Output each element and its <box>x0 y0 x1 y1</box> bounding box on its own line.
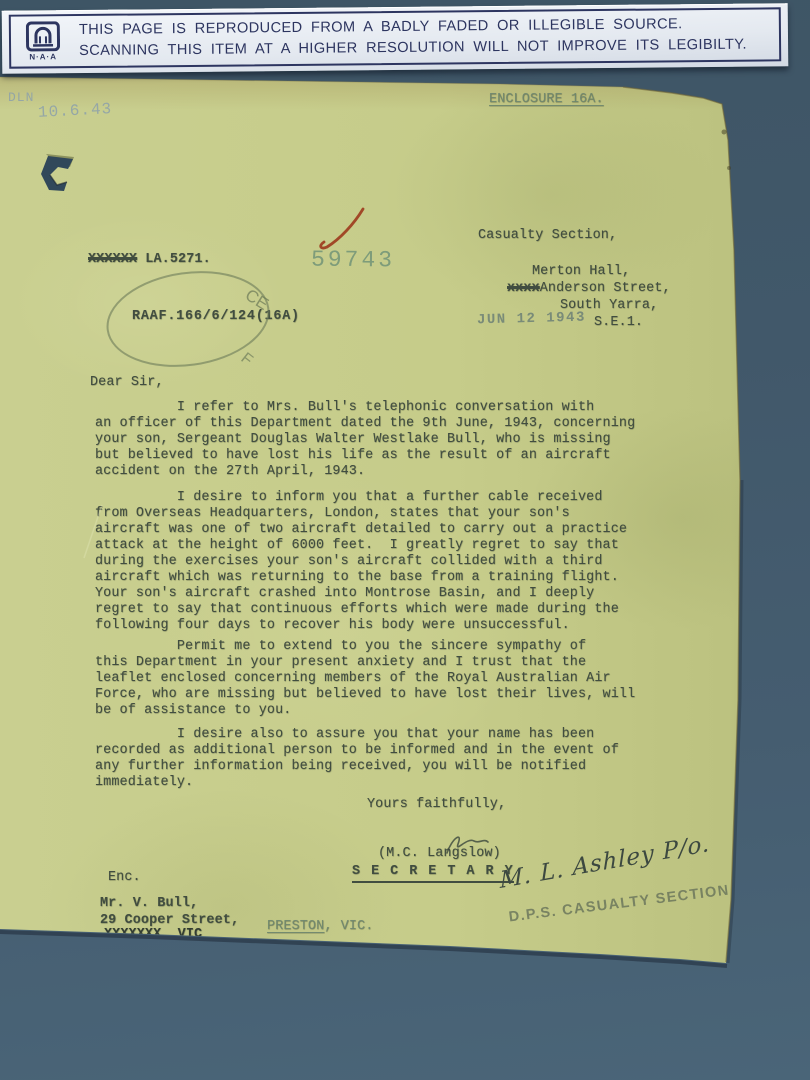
naa-logo: N·A·A <box>21 21 65 61</box>
paragraph-1: I refer to Mrs. Bull's telephonic conver… <box>95 400 655 480</box>
dept-name: Casualty Section, <box>478 228 617 244</box>
archives-building-icon <box>26 21 60 51</box>
struck-prefix: XXXXXX <box>88 252 137 267</box>
recipient-suburb-state: , VIC. <box>324 919 373 934</box>
naa-logo-text: N·A·A <box>29 52 57 61</box>
addr-line-2: xxxxAnderson Street, <box>507 281 671 297</box>
letter-paper: DLN 10.6.43 ENCLOSURE 16A. XXXXXX LA.527… <box>0 0 810 1080</box>
salutation: Dear Sir, <box>90 375 164 391</box>
paragraph-3: Permit me to extend to you the sincere s… <box>95 639 655 719</box>
raaf-file-reference: RAAF.166/6/124(16A) <box>132 309 300 325</box>
valediction: Yours faithfully, <box>367 797 506 813</box>
paragraph-4: I desire also to assure you that your na… <box>95 727 655 791</box>
naa-banner: N·A·A THIS PAGE IS REPRODUCED FROM A BAD… <box>2 3 789 74</box>
dln-annotation: DLN <box>8 90 34 105</box>
enclosure-reference: ENCLOSURE 16A. <box>489 92 604 108</box>
signatory-name: (M.C. Langslow) <box>378 846 501 862</box>
enclosure-note: Enc. <box>108 870 141 886</box>
banner-text: THIS PAGE IS REPRODUCED FROM A BADLY FAD… <box>79 14 747 62</box>
addr-line-1: Merton Hall, <box>532 264 630 280</box>
addr-line-4: S.E.1. <box>594 315 643 331</box>
addr-street: Anderson Street, <box>540 281 671 296</box>
recipient-suburb-name: PRESTON <box>267 919 324 934</box>
banner-border: N·A·A THIS PAGE IS REPRODUCED FROM A BAD… <box>9 7 781 68</box>
signatory-title: S E C R E T A R Y <box>352 864 514 883</box>
file-reference: XXXXXX LA.5271. <box>88 252 211 268</box>
recipient-suburb: PRESTON, VIC. <box>267 919 373 935</box>
file-number: LA.5271. <box>137 252 211 267</box>
recipient-name: Mr. V. Bull, <box>100 896 198 912</box>
archival-scan: DLN 10.6.43 ENCLOSURE 16A. XXXXXX LA.527… <box>0 0 810 1080</box>
addr-struck: xxxx <box>507 281 540 296</box>
paragraph-2: I desire to inform you that a further ca… <box>95 490 655 634</box>
addr-line-3: South Yarra, <box>560 298 658 314</box>
serial-number-stamp: 59743 <box>311 247 395 274</box>
